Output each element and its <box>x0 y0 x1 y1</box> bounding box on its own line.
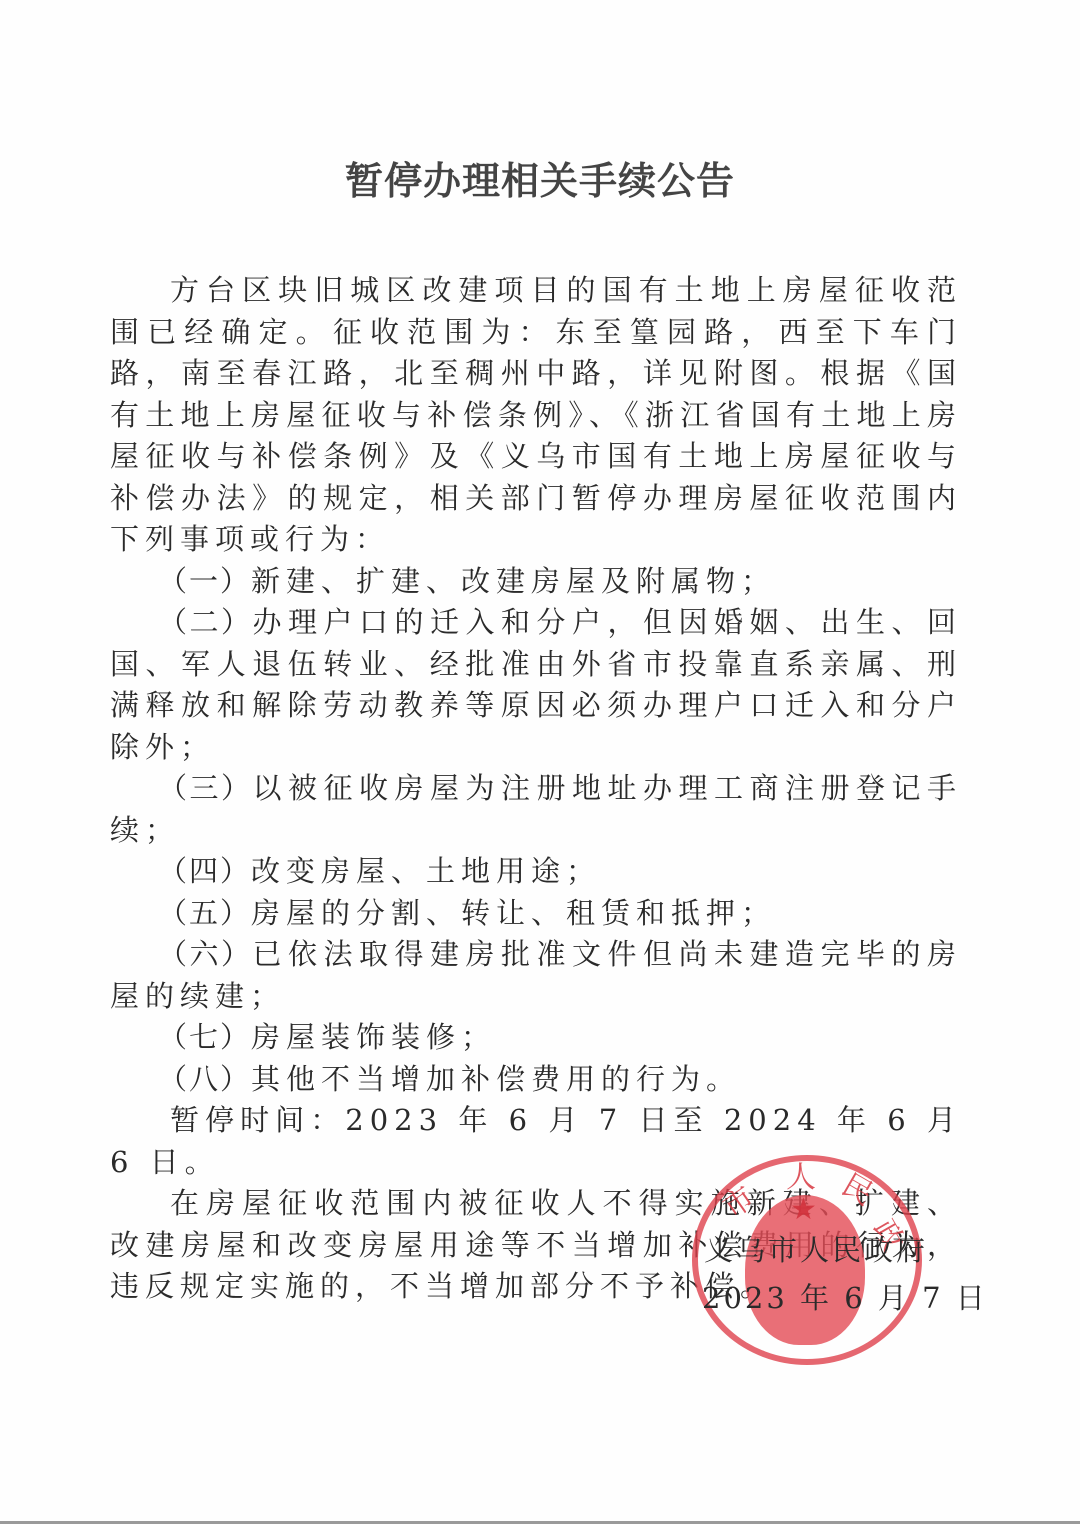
list-item: （八）其他不当增加补偿费用的行为。 <box>110 1059 962 1101</box>
item-number: （四） <box>158 854 251 888</box>
item-number: （三） <box>158 771 253 805</box>
item-number: （二） <box>158 605 253 639</box>
suspension-period-label: 暂停时间： <box>170 1103 345 1137</box>
list-item: （一）新建、扩建、改建房屋及附属物； <box>110 561 962 603</box>
signature-organization: 义乌市人民政府 <box>704 1228 928 1269</box>
list-item: （二）办理户口的迁入和分户，但因婚姻、出生、回国、军人退伍转业、经批准由外省市投… <box>110 602 962 768</box>
page-bottom-edge <box>0 1521 1080 1524</box>
item-number: （五） <box>158 896 251 930</box>
document-page: 暂停办理相关手续公告 方台区块旧城区改建项目的国有土地上房屋征收范围已经确定。征… <box>0 0 1080 1524</box>
item-number: （八） <box>158 1062 251 1096</box>
signature-date: 2023 年 6 月 7 日 <box>702 1276 988 1317</box>
item-number: （六） <box>158 937 253 971</box>
list-item: （六）已依法取得建房批准文件但尚未建造完毕的房屋的续建； <box>110 934 962 1017</box>
item-text: 房屋装饰装修； <box>251 1020 496 1054</box>
document-title: 暂停办理相关手续公告 <box>0 150 1080 205</box>
item-text: 新建、扩建、改建房屋及附属物； <box>251 564 776 598</box>
list-item: （七）房屋装饰装修； <box>110 1017 962 1059</box>
item-text: 其他不当增加补偿费用的行为。 <box>251 1062 741 1096</box>
item-number: （七） <box>158 1020 251 1054</box>
list-item: （三）以被征收房屋为注册地址办理工商注册登记手续； <box>110 768 962 851</box>
item-number: （一） <box>158 564 251 598</box>
seal-arc-char: 人 <box>786 1152 816 1196</box>
list-item: （五）房屋的分割、转让、租赁和抵押； <box>110 893 962 935</box>
star-icon: ★ <box>790 1192 817 1227</box>
list-item: （四）改变房屋、土地用途； <box>110 851 962 893</box>
item-text: 改变房屋、土地用途； <box>251 854 601 888</box>
intro-paragraph: 方台区块旧城区改建项目的国有土地上房屋征收范围已经确定。征收范围为：东至篁园路，… <box>110 270 962 561</box>
item-text: 房屋的分割、转让、租赁和抵押； <box>251 896 776 930</box>
document-body: 方台区块旧城区改建项目的国有土地上房屋征收范围已经确定。征收范围为：东至篁园路，… <box>110 270 962 1308</box>
